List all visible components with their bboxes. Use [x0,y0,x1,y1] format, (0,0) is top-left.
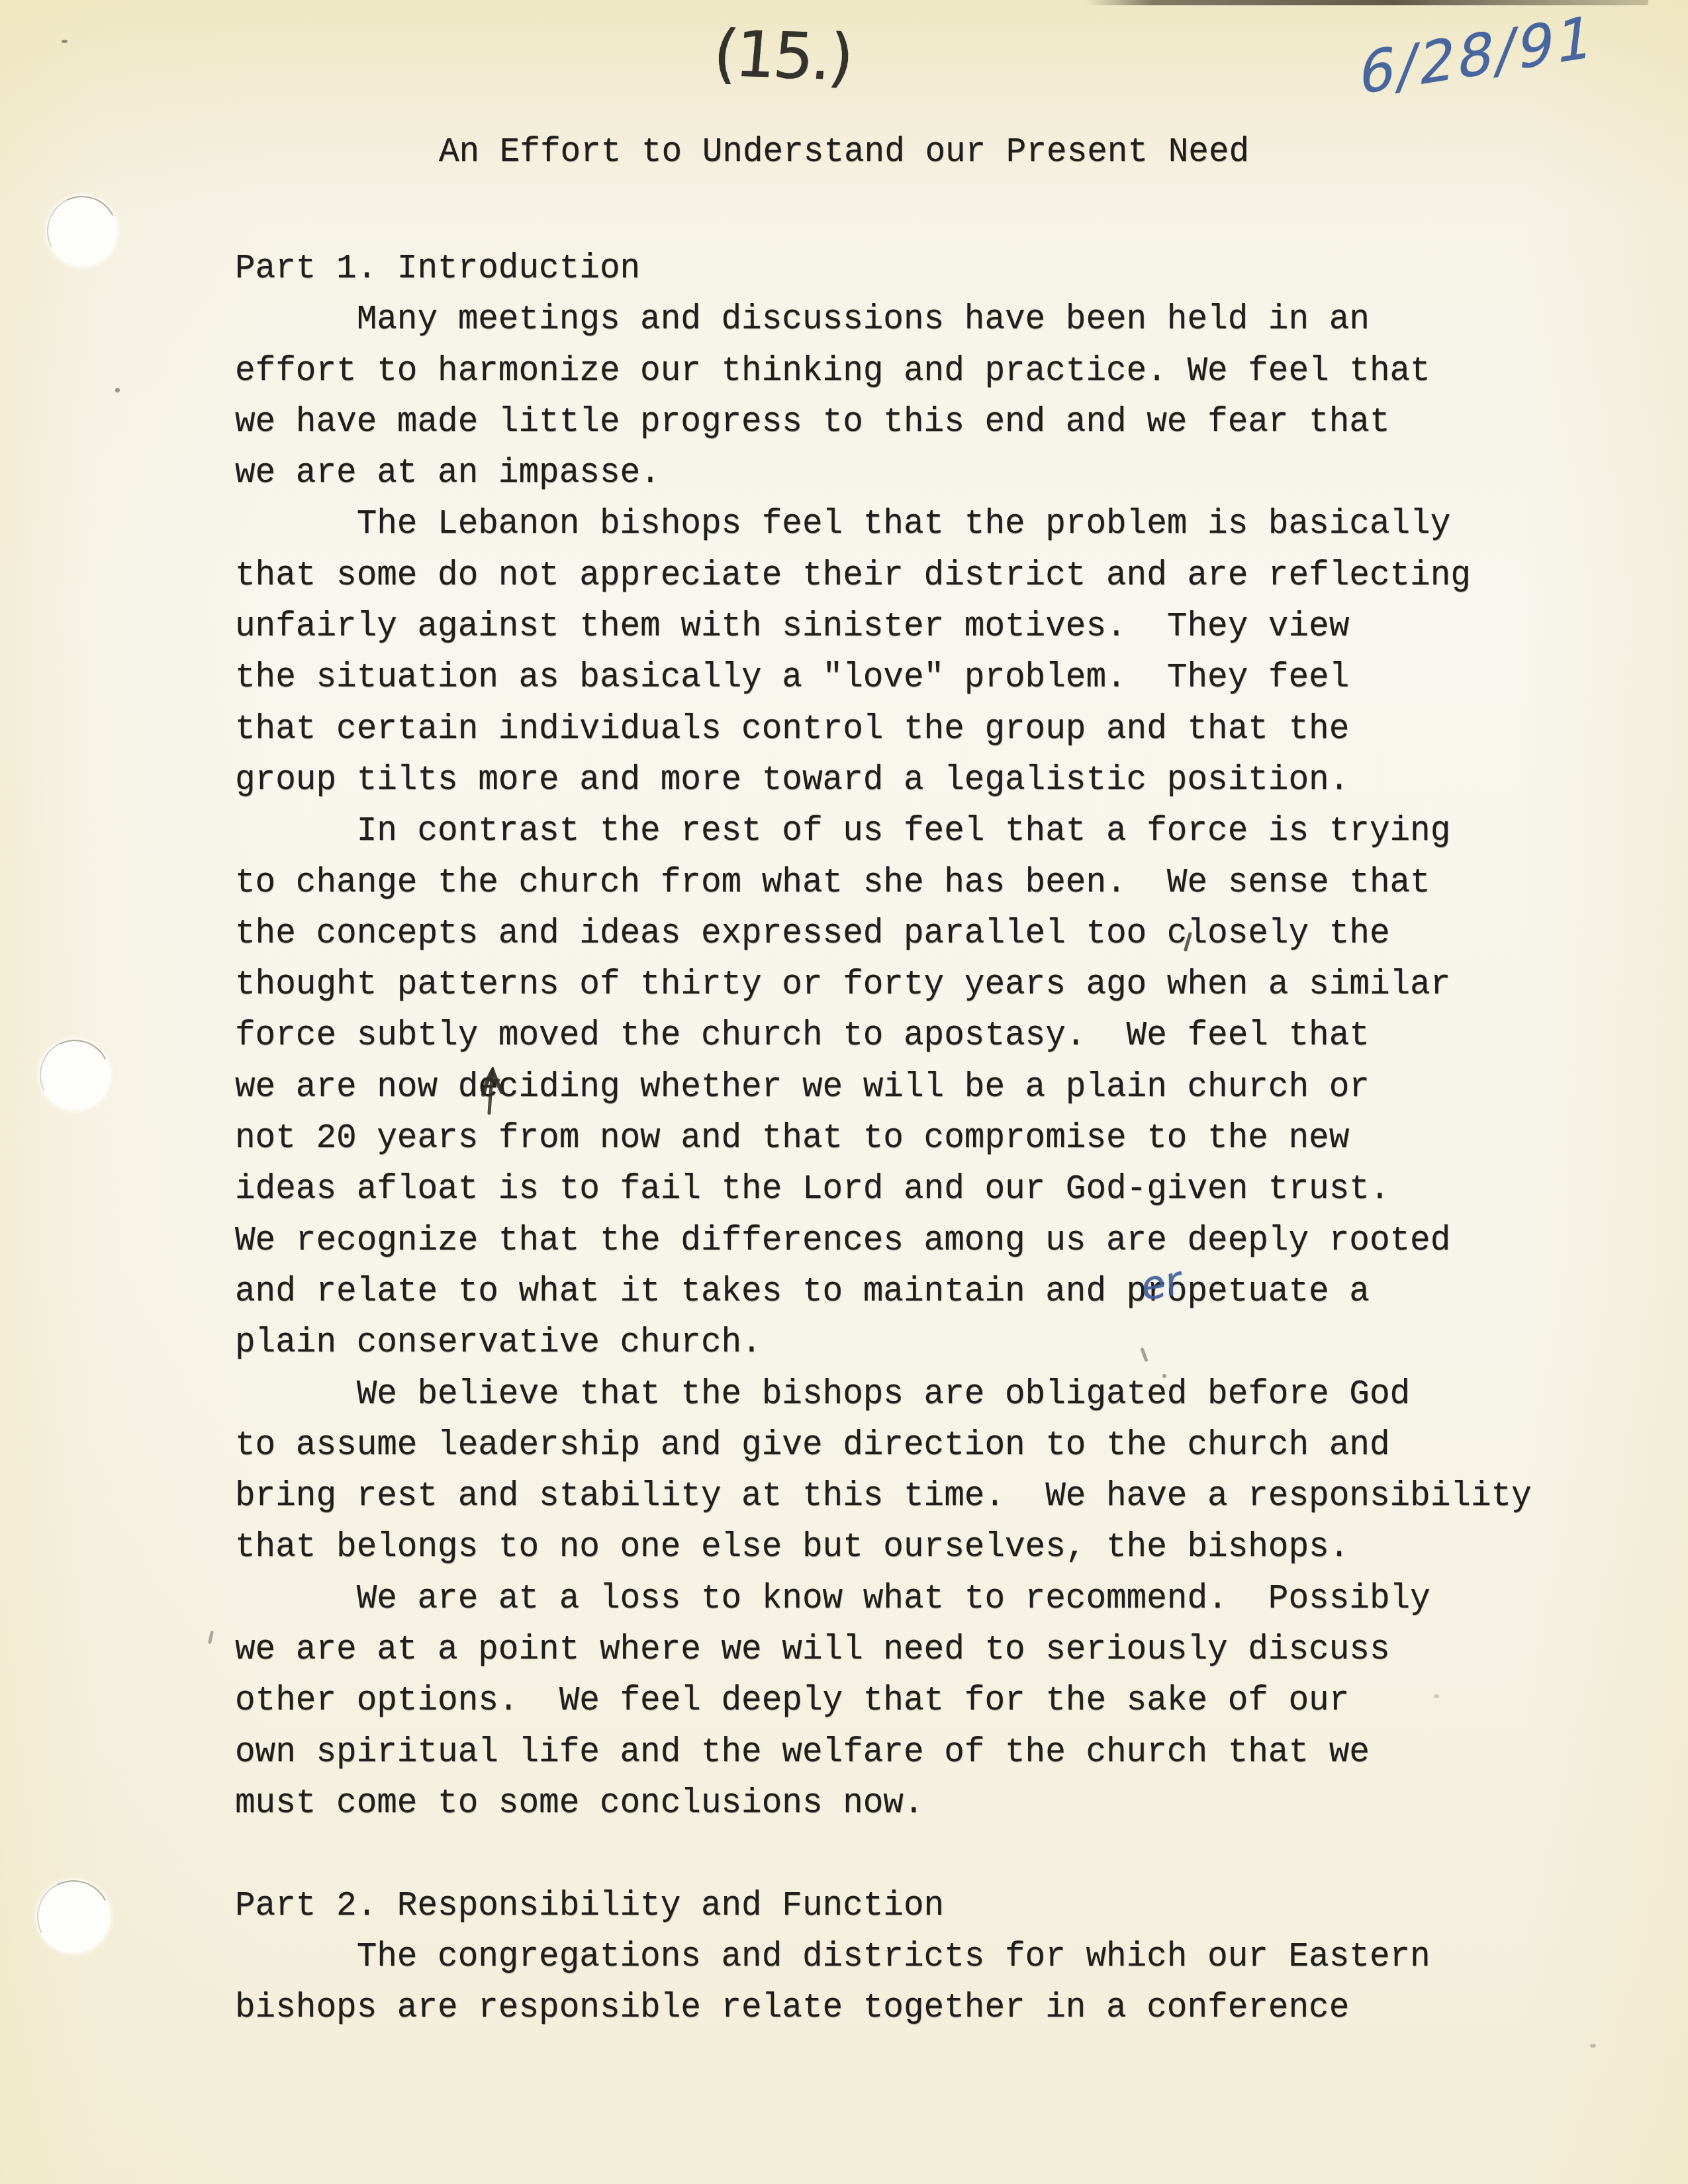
typed-line: In contrast the rest of us feel that a f… [235,806,1625,857]
typed-line: We are at a loss to know what to recomme… [235,1574,1625,1625]
hole-punch-top [38,187,126,275]
part1-heading: Part 1. Introduction [235,244,1625,295]
blank-line [235,1829,1625,1880]
typed-line: we have made little progress to this end… [235,397,1625,448]
typed-line: group tilts more and more toward a legal… [235,755,1625,806]
typed-line: ideas afloat is to fail the Lord and our… [235,1164,1625,1215]
typed-text-post: petuate a [1187,1273,1369,1311]
typed-line: plain conservative church. [235,1318,1625,1369]
typed-line: Many meetings and discussions have been … [235,295,1625,345]
typed-line: We recognize that the differences among … [235,1216,1625,1267]
typed-text-pre: and relate to what it takes to maintain … [235,1273,1147,1311]
typed-line: to change the church from what she has b… [235,858,1625,909]
scanned-page: (15.) 6/28/91 An Effort to Understand ou… [0,0,1688,2184]
typed-line: the concepts and ideas expressed paralle… [235,909,1625,960]
typed-line: that certain individuals control the gro… [235,704,1625,755]
ink-speck [1162,1374,1166,1378]
ink-speck [115,388,120,392]
typed-line: force subtly moved the church to apostas… [235,1011,1625,1062]
hole-punch-middle [30,1030,119,1119]
ink-speck [208,1631,214,1645]
typed-line: thought patterns of thirty or forty year… [235,960,1625,1011]
typed-line: that belongs to no one else but ourselve… [235,1522,1625,1573]
typed-line: own spiritual life and the welfare of th… [235,1727,1625,1778]
typed-line: The congregations and districts for whic… [235,1932,1625,1983]
scan-edge-artifact [1086,0,1648,5]
ink-speck [62,40,68,43]
handwritten-correction: er [1141,1255,1182,1314]
part2-heading: Part 2. Responsibility and Function [235,1881,1625,1932]
typed-line: not 20 years from now and that to compro… [235,1113,1625,1164]
ink-speck [1434,1694,1439,1698]
typed-line: we are at a point where we will need to … [235,1625,1625,1676]
typed-line: bishops are responsible relate together … [235,1983,1625,2034]
document-body: Part 1. Introduction Many meetings and d… [235,244,1625,2034]
typed-line-with-correction: and relate to what it takes to maintain … [235,1267,1625,1318]
typed-line: that some do not appreciate their distri… [235,551,1625,602]
typed-line: the situation as basically a "love" prob… [235,653,1625,704]
handwritten-date: 6/28/91 [1356,3,1599,108]
typed-line: The Lebanon bishops feel that the proble… [235,499,1625,550]
typed-line: bring rest and stability at this time. W… [235,1471,1625,1522]
typed-line: we are at an impasse. [235,448,1625,499]
ink-speck [1590,2044,1596,2048]
typed-line: other options. We feel deeply that for t… [235,1676,1625,1727]
typed-line: to assume leadership and give direction … [235,1420,1625,1471]
typed-line: must come to some conclusions now. [235,1778,1625,1829]
typed-line: effort to harmonize our thinking and pra… [235,346,1625,397]
hole-punch-bottom [28,1871,120,1963]
handwritten-page-number: (15.) [710,17,854,95]
typed-line: unfairly against them with sinister moti… [235,602,1625,653]
document-title: An Effort to Understand our Present Need [0,134,1688,171]
typed-line: we are now deciding whether we will be a… [235,1062,1625,1113]
insertion-caret-mark [479,1067,506,1118]
typed-line: We believe that the bishops are obligate… [235,1369,1625,1420]
overwritten-letters: roer [1147,1267,1187,1318]
